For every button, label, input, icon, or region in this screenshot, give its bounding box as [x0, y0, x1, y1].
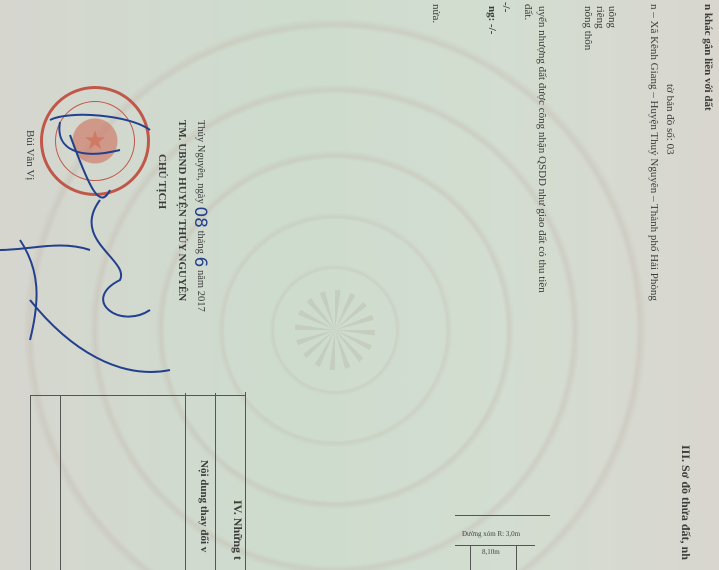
text-dat: đất. — [522, 4, 534, 20]
text-dash: -/- — [500, 2, 512, 12]
land-origin: uyển nhượng đất được công nhận QSDD như … — [536, 6, 548, 293]
map-sheet-number: tờ bản đồ số: 03 — [664, 84, 676, 155]
table-column-divider — [185, 393, 186, 570]
section-header-attached-assets: n khác gắn liền với đất — [702, 4, 714, 111]
table-top-border — [30, 395, 245, 396]
table-left-border — [30, 395, 31, 570]
section-iv-title: IV. Những t — [232, 500, 244, 560]
table-column-divider — [60, 395, 61, 570]
table-column-divider — [215, 393, 216, 570]
road-label: Đường xóm R: 3,0m — [462, 530, 520, 538]
text-nong-thon: nông thôn — [582, 6, 594, 50]
table-right-border — [245, 392, 246, 570]
section-iii-title: III. Sơ đồ thửa đất, nh — [680, 445, 692, 560]
plot-right-edge — [516, 545, 517, 570]
plot-top-edge — [455, 545, 535, 546]
text-uong: uông — [606, 6, 618, 28]
handwritten-signature — [0, 100, 200, 420]
plot-left-edge — [470, 545, 471, 570]
bronze-drum-watermark — [295, 290, 375, 370]
text-rieng: riêng — [594, 6, 606, 29]
text-ng-dash: ng: -/- — [486, 6, 498, 34]
land-address: n – Xã Kênh Giang – Huyện Thuỷ Nguyên – … — [648, 4, 660, 301]
text-nua: nửa. — [430, 4, 442, 23]
plot-road-line — [455, 515, 550, 516]
plot-dimension: 8,10m — [482, 548, 500, 556]
changes-column-header: Nội dung thay đổi v — [198, 460, 210, 552]
